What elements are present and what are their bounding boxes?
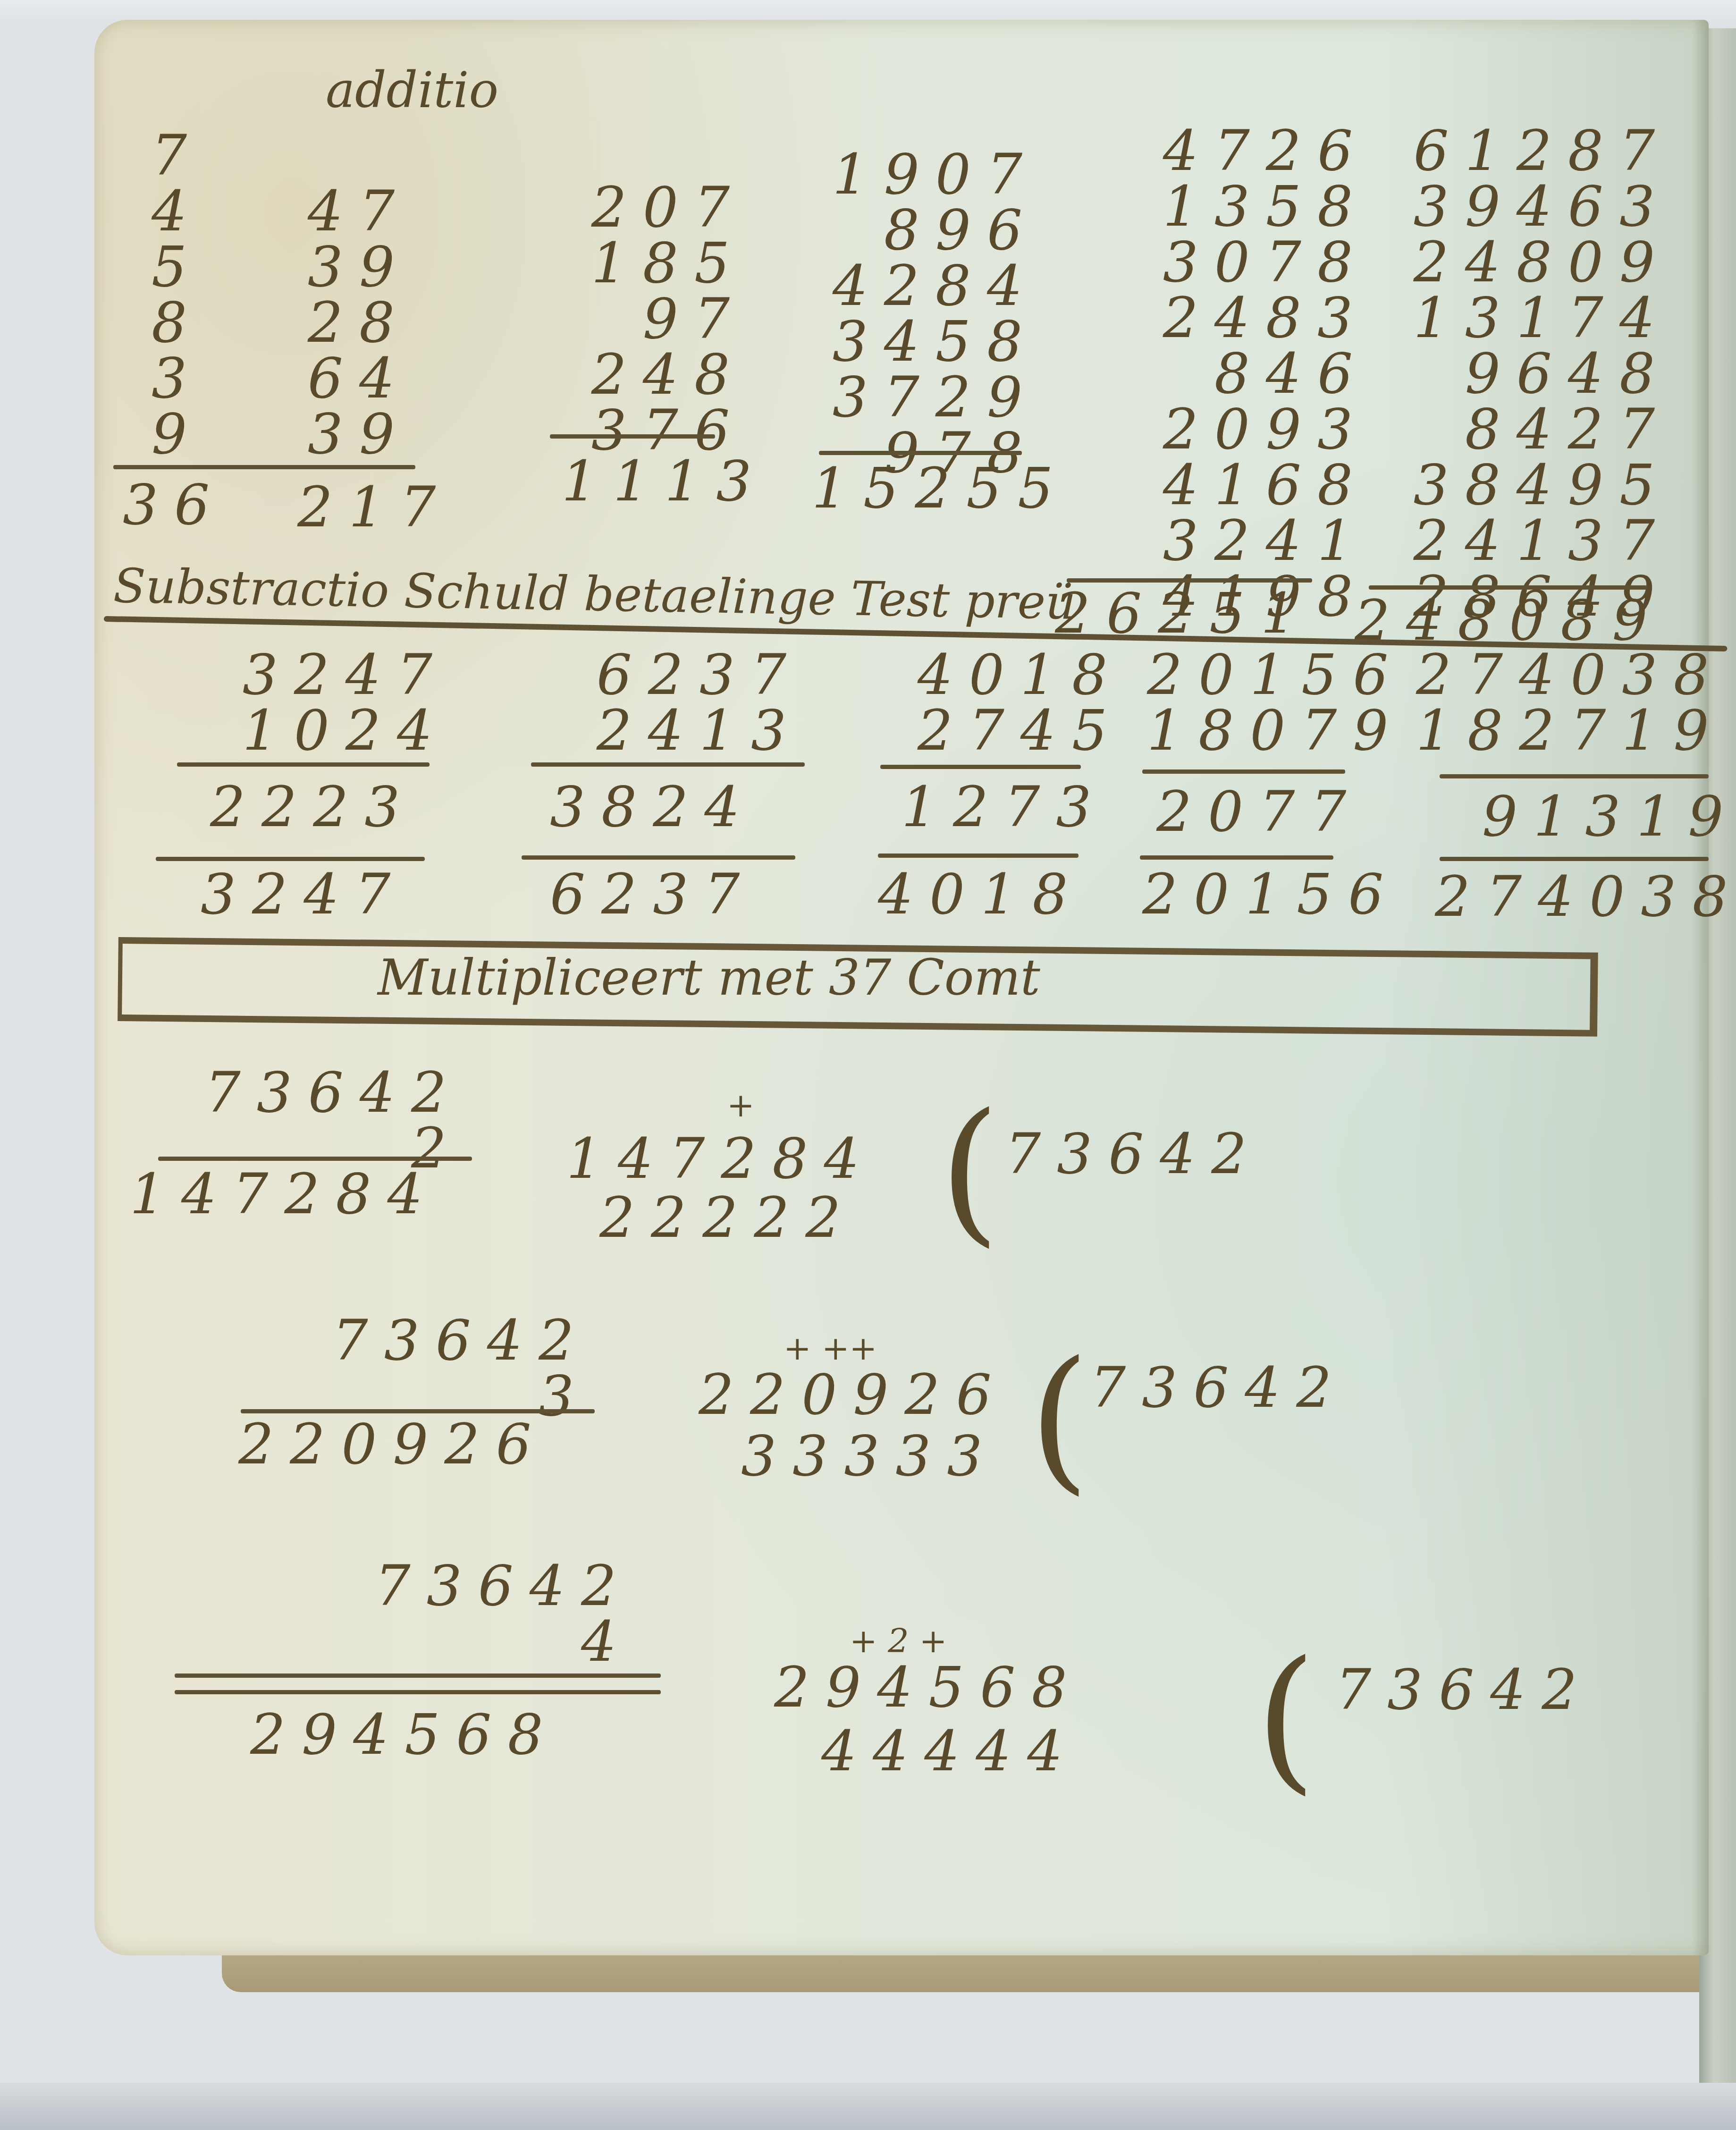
addition-rule-1 (113, 465, 415, 469)
subtraction-rule-5a (1440, 774, 1709, 778)
multiplication-title: Multipliceert met 37 Comt (378, 949, 1040, 1006)
addition-sum-6: 61287 39463 24809 13174 9648 8427 38495 … (1407, 123, 1671, 624)
addition-heading: additio (326, 61, 498, 119)
subtraction-rule-3a (880, 765, 1081, 769)
addition-total-4: 15255 (812, 460, 1069, 516)
addition-rule-3 (550, 434, 715, 439)
check-brace-2: ( (1029, 1348, 1090, 1489)
subtraction-rule-2b (522, 855, 795, 860)
subtraction-proof-2: 6237 (550, 866, 756, 922)
scan-backdrop-bottom (0, 2083, 1736, 2130)
subtraction-rule-1b (156, 857, 425, 861)
addition-sum-1: 7 4 5 8 3 9 (142, 127, 203, 462)
check-quotient-2: 73642 (1090, 1360, 1348, 1415)
multiplication-product-2: 220926 (238, 1416, 547, 1472)
subtraction-proof-1: 3247 (201, 866, 406, 922)
subtraction-problem-1: 3247 1024 (203, 647, 448, 758)
multiplication-problem-3: 73642 4 (312, 1558, 632, 1669)
check-divisor-3: 44444 (821, 1723, 1079, 1779)
subtraction-difference-2: 3824 (550, 779, 756, 835)
subtraction-rule-4b (1140, 855, 1333, 860)
subtraction-difference-4: 2077 (1156, 784, 1362, 839)
subtraction-problem-5: 274038 182719 (1416, 647, 1709, 758)
subtraction-problem-2: 6237 2413 (538, 647, 802, 758)
multiplication-rule-1 (158, 1157, 472, 1161)
multiplication-rule-3a (175, 1674, 661, 1678)
subtraction-difference-3: 1273 (902, 779, 1107, 835)
subtraction-proof-5: 274038 (1435, 869, 1736, 924)
multiplication-product-1: 147284 (130, 1166, 438, 1222)
subtraction-proof-4: 20156 (1142, 866, 1399, 922)
subtraction-problem-4: 20156 18079 (1147, 647, 1383, 758)
subtraction-proof-3: 4018 (878, 866, 1084, 922)
check-quotient-3: 73642 (1336, 1662, 1593, 1717)
subtraction-difference-5: 91319 (1482, 788, 1736, 844)
addition-total-2: 217 (297, 479, 452, 535)
check-brace-1: ( (939, 1100, 1000, 1242)
subtraction-difference-1: 2223 (210, 779, 416, 835)
subtraction-rule-5b (1440, 857, 1709, 861)
subtraction-problem-3: 4018 2745 (897, 647, 1123, 758)
addition-total-5: 26251 (1055, 585, 1312, 641)
addition-sum-3: 207 185 97 248 376 (576, 179, 746, 458)
addition-rule-4 (819, 451, 1022, 455)
check-brace-3: ( (1256, 1648, 1316, 1789)
addition-total-1: 36 (123, 477, 226, 532)
addition-sum-5: 4726 1358 3078 2483 846 2093 4168 3241 4… (1123, 123, 1369, 624)
addition-sum-2: 47 39 28 64 39 (264, 183, 411, 462)
multiplication-problem-2: 73642 3 (283, 1312, 590, 1424)
check-product-1: 147284 (566, 1131, 875, 1186)
check-product-2: 220926 (699, 1367, 1007, 1422)
check-product-3: 294568 (774, 1659, 1083, 1715)
check-divisor-1: 22222 (599, 1190, 857, 1245)
check-divisor-2: 33333 (741, 1428, 998, 1484)
check-carries-1: + (727, 1086, 755, 1124)
subtraction-rule-1a (177, 762, 430, 767)
multiplication-rule-3b (175, 1690, 661, 1694)
subtraction-rule-2a (531, 762, 805, 767)
subtraction-rule-4a (1142, 769, 1345, 774)
addition-sum-4: 1907 896 4284 3458 3729 978 (812, 146, 1038, 481)
subtraction-rule-3b (878, 854, 1079, 858)
multiplication-product-3: 294568 (250, 1707, 559, 1762)
check-quotient-1: 73642 (1005, 1126, 1263, 1182)
addition-total-3: 1113 (562, 453, 767, 509)
